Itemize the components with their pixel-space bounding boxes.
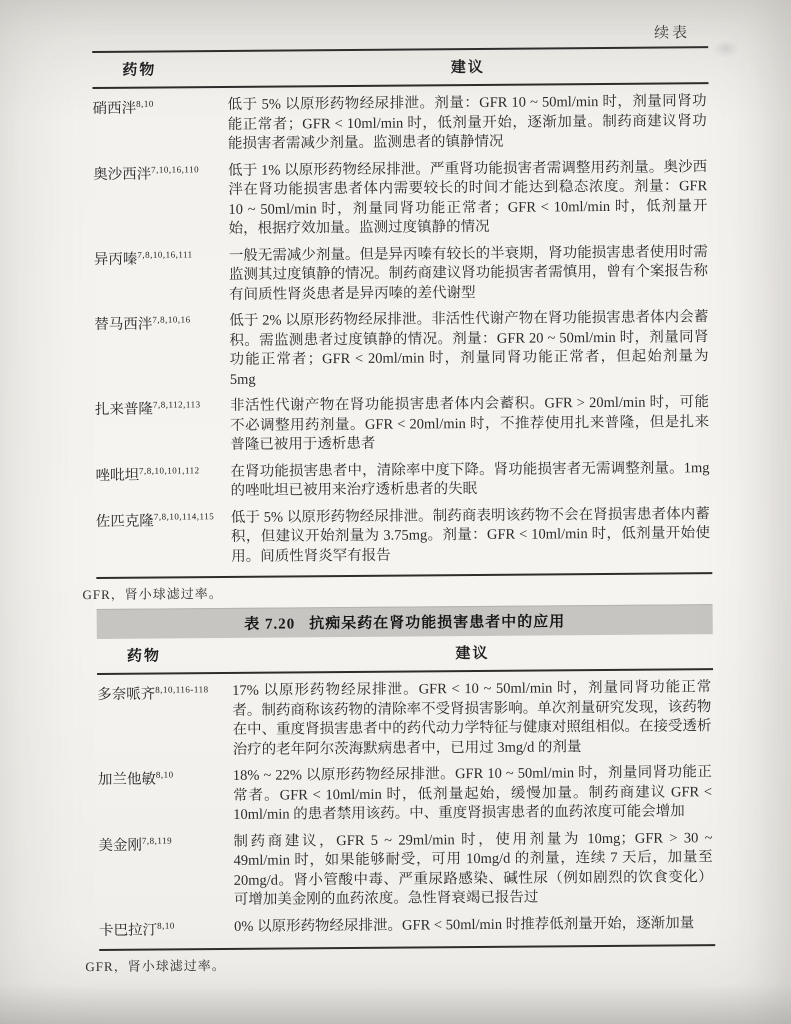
drug-name-text: 卡巴拉汀	[99, 922, 157, 938]
drug-name-text: 硝西泮	[93, 101, 137, 117]
table-row: 替马西泮7,8,10,16 低于 2% 以原形药物经尿排泄。非活性代谢产物在肾功…	[94, 308, 711, 391]
drug-name: 美金刚7,8,119	[98, 832, 234, 911]
drug-name: 硝西泮8,10	[93, 96, 228, 156]
table2-footnote: GFR，肾小球滤过率。	[85, 951, 715, 975]
drug-name-text: 唑吡坦	[95, 467, 139, 483]
reference-superscript: 7,8,112,113	[153, 399, 201, 409]
drug-name: 加兰他敏8,10	[98, 767, 233, 827]
table-row: 奥沙西泮7,10,16,110 低于 1% 以原形药物经尿排泄。严重肾功能损害者…	[93, 158, 710, 241]
drug-name: 异丙嗪7,8,10,16,111	[94, 246, 229, 306]
table-row: 卡巴拉汀8,10 0% 以原形药物经尿排泄。GFR < 50ml/min 时推荐…	[99, 914, 715, 940]
table1-body: 硝西泮8,10 低于 5% 以原形药物经尿排泄。剂量：GFR 10 ~ 50ml…	[92, 84, 712, 579]
drug-name: 扎来普隆7,8,112,113	[95, 397, 230, 457]
advice-text: 低于 5% 以原形药物经尿排泄。剂量：GFR 10 ~ 50ml/min 时，剂…	[228, 92, 709, 154]
advice-text: 低于 5% 以原形药物经尿排泄。制药商表明该药物不会在肾损害患者体内蓄积，但建议…	[231, 505, 712, 567]
table2-header-row: 药物 建议	[97, 634, 713, 675]
drug-name: 唑吡坦7,8,10,101,112	[95, 462, 230, 502]
drug-name-text: 异丙嗪	[94, 251, 138, 267]
table-sedatives-continued: 药物 建议 硝西泮8,10 低于 5% 以原形药物经尿排泄。剂量：GFR 10 …	[92, 46, 712, 603]
book-page-photo: 续表 药物 建议 硝西泮8,10 低于 5% 以原形药物经尿排泄。剂量：GFR …	[0, 0, 791, 1024]
table-row: 硝西泮8,10 低于 5% 以原形药物经尿排泄。剂量：GFR 10 ~ 50ml…	[93, 92, 709, 155]
table-row: 唑吡坦7,8,10,101,112 在肾功能损害患者中，清除率中度下降。肾功能损…	[95, 459, 711, 503]
reference-superscript: 7,8,10,114,115	[154, 511, 214, 521]
reference-superscript: 7,8,10,16	[152, 314, 190, 324]
table-7-20-title-bar: 表 7.20 抗痴呆药在肾功能损害患者中的应用	[97, 604, 713, 639]
drug-name-text: 扎来普隆	[95, 402, 153, 418]
reference-superscript: 7,8,10,101,112	[139, 465, 200, 475]
table1-header-row: 药物 建议	[92, 46, 708, 89]
table-row: 多奈哌齐8,10,116-118 17% 以原形药物经尿排泄。GFR < 10 …	[97, 678, 714, 761]
reference-superscript: 8,10,116-118	[155, 684, 208, 694]
drug-name-text: 佐匹克隆	[96, 513, 154, 529]
table-title: 抗痴呆药在肾功能损害患者中的应用	[309, 610, 565, 633]
drug-name: 佐匹克隆7,8,10,114,115	[96, 508, 231, 568]
reference-superscript: 8,10	[157, 920, 175, 930]
drug-name: 替马西泮7,8,10,16	[94, 312, 230, 391]
advice-text: 非活性代谢产物在肾功能损害患者体内会蓄积。GFR > 20ml/min 时，可能…	[230, 393, 711, 455]
drug-name-text: 奥沙西泮	[93, 166, 151, 182]
reference-superscript: 8,10	[156, 770, 174, 780]
advice-text: 低于 1% 以原形药物经尿排泄。严重肾功能损害者需调整用药剂量。奥沙西泮在肾功能…	[228, 158, 710, 240]
reference-superscript: 7,8,119	[142, 835, 172, 845]
table-number-label: 表 7.20	[244, 612, 295, 633]
advice-text: 18% ~ 22% 以原形药物经尿排泄。GFR 10 ~ 50ml/min 时，…	[233, 763, 714, 825]
advice-text: 17% 以原形药物经尿排泄。GFR < 10 ~ 50ml/min 时，剂量同肾…	[232, 678, 714, 760]
advice-text: 低于 2% 以原形药物经尿排泄。非活性代谢产物在肾功能损害患者体内会蓄积。需监测…	[229, 308, 711, 390]
table2-body: 多奈哌齐8,10,116-118 17% 以原形药物经尿排泄。GFR < 10 …	[97, 670, 715, 950]
drug-name-text: 替马西泮	[94, 317, 152, 333]
table1-footnote: GFR，肾小球滤过率。	[82, 579, 712, 603]
reference-superscript: 7,8,10,16,111	[137, 249, 192, 259]
advice-text: 一般无需减少剂量。但是异丙嗪有较长的半衰期，肾功能损害患者使用时需监测其过度镇静…	[229, 243, 710, 305]
drug-name: 奥沙西泮7,10,16,110	[93, 161, 229, 240]
advice-text: 在肾功能损害患者中，清除率中度下降。肾功能损害者无需调整剂量。1mg 的唑吡坦已…	[230, 459, 711, 502]
reference-superscript: 7,10,16,110	[151, 164, 199, 174]
page-content: 续表 药物 建议 硝西泮8,10 低于 5% 以原形药物经尿排泄。剂量：GFR …	[92, 21, 715, 980]
table2-column-header-drug: 药物	[97, 644, 232, 666]
drug-name-text: 多奈哌齐	[97, 687, 155, 703]
drug-name-text: 美金刚	[98, 837, 142, 853]
continued-table-label: 续表	[92, 21, 708, 47]
advice-text: 0% 以原形药物经尿排泄。GFR < 50ml/min 时推荐低剂量开始，逐渐加…	[234, 914, 715, 939]
table-row: 扎来普隆7,8,112,113 非活性代谢产物在肾功能损害患者体内会蓄积。GFR…	[95, 393, 711, 456]
table1-column-header-advice: 建议	[227, 54, 708, 79]
table-row: 异丙嗪7,8,10,16,111 一般无需减少剂量。但是异丙嗪有较长的半衰期，肾…	[94, 243, 710, 306]
drug-name: 卡巴拉汀8,10	[99, 917, 234, 939]
page-smudge	[713, 40, 739, 58]
table-row: 加兰他敏8,10 18% ~ 22% 以原形药物经尿排泄。GFR 10 ~ 50…	[98, 763, 714, 826]
advice-text: 制药商建议，GFR 5 ~ 29ml/min 时，使用剂量为 10mg；GFR …	[233, 829, 715, 911]
drug-name-text: 加兰他敏	[98, 772, 156, 788]
table1-column-header-drug: 药物	[92, 58, 227, 80]
drug-name: 多奈哌齐8,10,116-118	[97, 682, 233, 761]
table-row: 佐匹克隆7,8,10,114,115 低于 5% 以原形药物经尿排泄。制药商表明…	[96, 505, 712, 568]
table-row: 美金刚7,8,119 制药商建议，GFR 5 ~ 29ml/min 时，使用剂量…	[98, 829, 715, 912]
reference-superscript: 8,10	[136, 99, 154, 109]
table2-column-header-advice: 建议	[232, 640, 713, 665]
table-7-20-antidementia: 表 7.20 抗痴呆药在肾功能损害患者中的应用 药物 建议 多奈哌齐8,10,1…	[97, 604, 716, 974]
